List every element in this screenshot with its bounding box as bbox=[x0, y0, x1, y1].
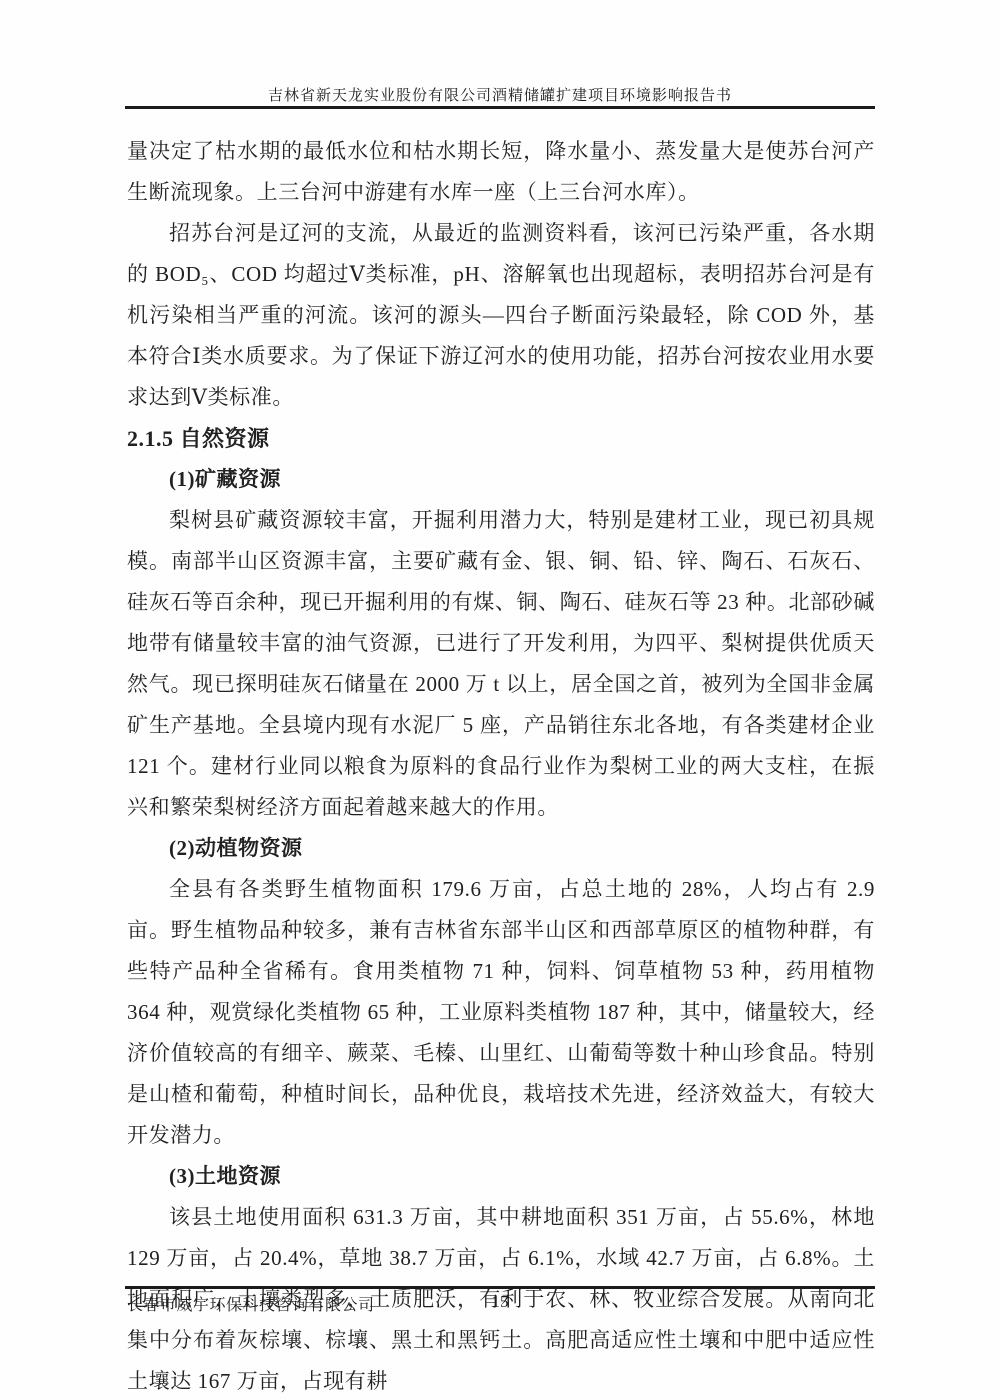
document-page: 吉林省新天龙实业股份有限公司酒精储罐扩建项目环境影响报告书 量决定了枯水期的最低… bbox=[0, 0, 1000, 1400]
paragraph-mineral-resources: 梨树县矿藏资源较丰富，开掘利用潜力大，特别是建材工业，现已初具规模。南部半山区资… bbox=[127, 500, 875, 828]
document-body: 量决定了枯水期的最低水位和枯水期长短，降水量小、蒸发量大是使苏台河产生断流现象。… bbox=[127, 131, 875, 1400]
page-header-title: 吉林省新天龙实业股份有限公司酒精储罐扩建项目环境影响报告书 bbox=[0, 84, 1000, 105]
header-rule bbox=[125, 106, 875, 109]
paragraph-flora-fauna-resources: 全县有各类野生植物面积 179.6 万亩，占总土地的 28%，人均占有 2.9 … bbox=[127, 869, 875, 1156]
subsection-heading-mineral-resources: (1)矿藏资源 bbox=[127, 459, 875, 500]
subsection-heading-flora-fauna-resources: (2)动植物资源 bbox=[127, 828, 875, 869]
section-heading-2-1-5: 2.1.5 自然资源 bbox=[127, 418, 875, 459]
subsection-heading-land-resources: (3)土地资源 bbox=[127, 1156, 875, 1197]
paragraph-continuation: 量决定了枯水期的最低水位和枯水期长短，降水量小、蒸发量大是使苏台河产生断流现象。… bbox=[127, 131, 875, 213]
page-footer: 15 长春市威宇环保科技咨询有限公司 bbox=[125, 1292, 875, 1316]
paragraph-river-pollution: 招苏台河是辽河的支流，从最近的监测资料看，该河已污染严重，各水期的 BOD₅、C… bbox=[127, 213, 875, 418]
footer-rule bbox=[125, 1286, 875, 1289]
footer-company-name: 长春市威宇环保科技咨询有限公司 bbox=[127, 1292, 375, 1315]
